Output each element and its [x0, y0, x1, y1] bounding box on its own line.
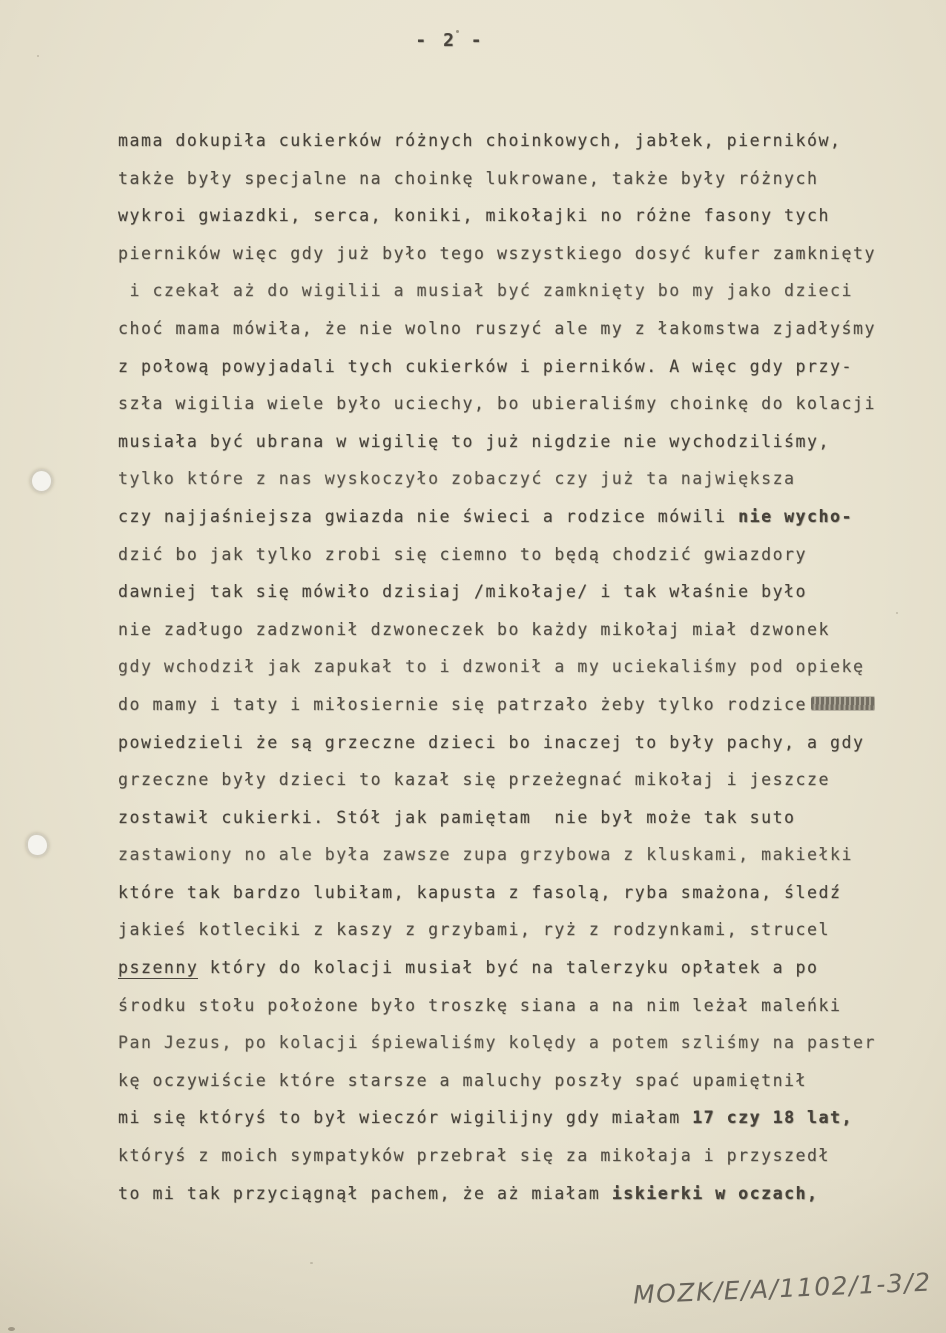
text-line: tylko które z nas wyskoczyło zobaczyć cz… [118, 460, 908, 498]
text-segment: do mamy i taty i miłosiernie się patrzał… [118, 695, 807, 714]
text-segment: środku stołu położone było troszkę siana… [118, 996, 841, 1015]
text-line: gdy wchodził jak zapukał to i dzwonił a … [118, 648, 908, 686]
text-line: z połową powyjadali tych cukierków i pie… [118, 348, 908, 386]
text-segment: zastawiony no ale była zawsze zupa grzyb… [118, 845, 853, 864]
text-line: i czekał aż do wigilii a musiał być zamk… [118, 272, 908, 310]
text-line: kę oczywiście które starsze a maluchy po… [118, 1062, 908, 1100]
text-line: to mi tak przyciągnął pachem, że aż miał… [118, 1175, 908, 1213]
text-segment: z połową powyjadali tych cukierków i pie… [118, 357, 853, 376]
text-line: powiedzieli że są grzeczne dzieci bo ina… [118, 724, 908, 762]
typewritten-text: mama dokupiła cukierków różnych choinkow… [118, 122, 908, 1212]
text-segment: które tak bardzo lubiłam, kapusta z faso… [118, 883, 841, 902]
text-line: szła wigilia wiele było uciechy, bo ubie… [118, 385, 908, 423]
text-line: nie zadługo zadzwonił dzwoneczek bo każd… [118, 611, 908, 649]
text-segment: 17 czy 18 lat, [692, 1108, 853, 1127]
text-line: pierników więc gdy już było tego wszystk… [118, 235, 908, 273]
page-number: - 2 - [400, 30, 500, 51]
text-segment: któryś z moich sympatyków przebrał się z… [118, 1146, 830, 1165]
text-line: czy najjaśniejsza gwiazda nie świeci a r… [118, 498, 908, 536]
text-segment: zostawił cukierki. Stół jak pamiętam nie… [118, 808, 796, 827]
text-segment: powiedzieli że są grzeczne dzieci bo ina… [118, 733, 864, 752]
paper-speck [310, 1262, 313, 1264]
text-segment: iskierki w oczach, [612, 1184, 819, 1203]
text-segment: to mi tak przyciągnął pachem, że aż miał… [118, 1184, 612, 1203]
paper-speck [8, 1327, 15, 1331]
text-line: Pan Jezus, po kolacji śpiewaliśmy kolędy… [118, 1024, 908, 1062]
text-line: mi się któryś to był wieczór wigilijny g… [118, 1099, 908, 1137]
text-line: grzeczne były dzieci to kazał się przeże… [118, 761, 908, 799]
text-segment: dawniej tak się mówiło dzisiaj /mikołaje… [118, 582, 807, 601]
text-segment: pszenny [118, 958, 198, 979]
text-segment: pierników więc gdy już było tego wszystk… [118, 244, 876, 263]
text-segment: gdy wchodził jak zapukał to i dzwonił a … [118, 657, 864, 676]
text-line: które tak bardzo lubiłam, kapusta z faso… [118, 874, 908, 912]
punch-hole-bottom [26, 833, 49, 857]
text-line: choć mama mówiła, że nie wolno ruszyć al… [118, 310, 908, 348]
text-line: także były specjalne na choinkę lukrowan… [118, 160, 908, 198]
text-line: któryś z moich sympatyków przebrał się z… [118, 1137, 908, 1175]
text-segment: dzić bo jak tylko zrobi się ciemno to bę… [118, 545, 807, 564]
text-line: do mamy i taty i miłosiernie się patrzał… [118, 686, 908, 724]
text-segment: choć mama mówiła, że nie wolno ruszyć al… [118, 319, 876, 338]
text-segment: Pan Jezus, po kolacji śpiewaliśmy kolędy… [118, 1033, 876, 1052]
text-segment: tylko które z nas wyskoczyło zobaczyć cz… [118, 469, 796, 488]
text-segment: szła wigilia wiele było uciechy, bo ubie… [118, 394, 876, 413]
text-segment: czy najjaśniejsza gwiazda nie świeci a r… [118, 507, 738, 526]
text-segment: musiała być ubrana w wigilię to już nigd… [118, 432, 830, 451]
punch-hole-top [30, 469, 53, 493]
text-segment: wykroi gwiazdki, serca, koniki, mikołajk… [118, 206, 830, 225]
text-line: dawniej tak się mówiło dzisiaj /mikołaje… [118, 573, 908, 611]
text-segment: mama dokupiła cukierków różnych choinkow… [118, 131, 841, 150]
text-line: zostawił cukierki. Stół jak pamiętam nie… [118, 799, 908, 837]
text-line: wykroi gwiazdki, serca, koniki, mikołajk… [118, 197, 908, 235]
text-segment: i czekał aż do wigilii a musiał być zamk… [118, 281, 853, 300]
text-segment: także były specjalne na choinkę lukrowan… [118, 169, 819, 188]
text-segment: mi się któryś to był wieczór wigilijny g… [118, 1108, 692, 1127]
text-line: musiała być ubrana w wigilię to już nigd… [118, 423, 908, 461]
text-line: zastawiony no ale była zawsze zupa grzyb… [118, 836, 908, 874]
text-line: mama dokupiła cukierków różnych choinkow… [118, 122, 908, 160]
text-line: jakieś kotleciki z kaszy z grzybami, ryż… [118, 911, 908, 949]
text-segment: nie wycho- [738, 507, 853, 526]
text-segment: kę oczywiście które starsze a maluchy po… [118, 1071, 807, 1090]
paper-speck [37, 55, 39, 57]
struck-out-word [811, 697, 875, 710]
text-segment: który do kolacji musiał być na talerzyku… [198, 958, 818, 977]
text-line: pszenny który do kolacji musiał być na t… [118, 949, 908, 987]
text-line: dzić bo jak tylko zrobi się ciemno to bę… [118, 536, 908, 574]
text-line: środku stołu położone było troszkę siana… [118, 987, 908, 1025]
text-segment: nie zadługo zadzwonił dzwoneczek bo każd… [118, 620, 830, 639]
text-segment: grzeczne były dzieci to kazał się przeże… [118, 770, 830, 789]
text-segment: jakieś kotleciki z kaszy z grzybami, ryż… [118, 920, 830, 939]
